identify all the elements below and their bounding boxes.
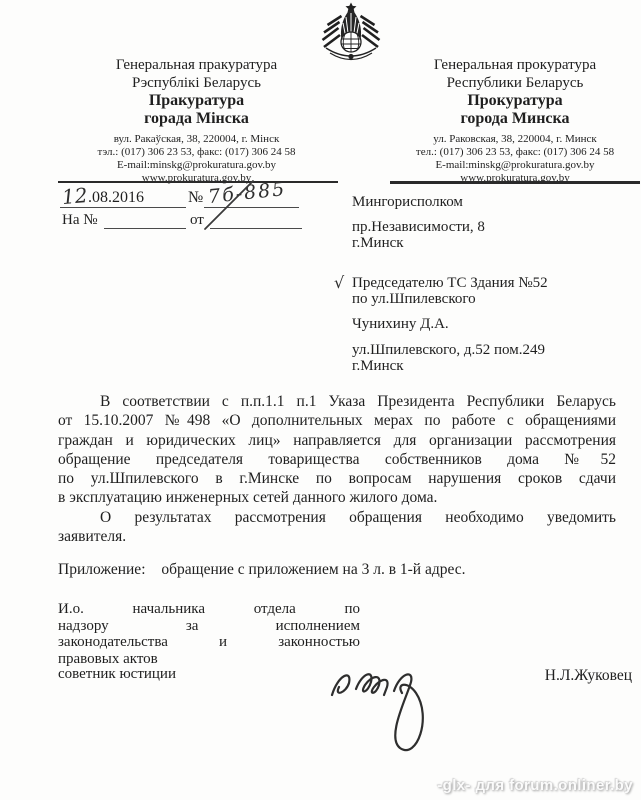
scanned-letter-page: Генеральная пракуратура Рэспублікі Белар… [0,0,641,800]
body-line: граждан и юридических лиц» направляется … [58,431,616,450]
letterhead-right: Генеральная прокуратура Республики Белар… [390,56,640,185]
office-name-ru-1: Прокуратура [390,92,640,110]
attachment-label: Приложение: [58,561,146,578]
position-line: законодательства и законностью [58,634,360,651]
letter-body: В соответствии с п.п.1.1 п.1 Указа Прези… [58,392,616,546]
recipient-org-address-street: пр.Независимости, 8 [352,219,548,235]
body-line: по ул.Шпилевского в г.Минске по вопросам… [58,469,616,488]
signer-position: И.о. начальника отдела по надзору за исп… [58,601,360,667]
letterhead-left: Генеральная пракуратура Рэспублікі Белар… [55,56,338,185]
org-name-ru-2: Республики Беларусь [390,74,640,92]
recipient-chairman-line1: Председателю ТС Здания №52 [352,275,548,291]
attachment-text: обращение с приложением на 3 л. в 1-й ад… [161,561,465,578]
body-line: обращение председателя товарищества собс… [58,450,616,469]
signer-rank: советник юстиции [58,666,176,683]
reply-to-number-label: На № [62,212,98,229]
position-line: правовых актов [58,651,360,668]
watermark: -glx- для forum.onliner.by [437,777,633,794]
recipient-chairman-line2: по ул.Шпилевского [352,291,548,307]
body-line: заявителя. [58,527,616,546]
body-line: от 15.10.2007 №498 «О дополнительных мер… [58,411,616,430]
email-by: E-mail:minskg@prokuratura.gov.by [55,159,338,172]
pen-stroke [193,179,263,238]
attachment-line: Приложение: обращение с приложением на 3… [58,561,466,579]
body-line: О результатах рассмотрения обращения нео… [58,508,616,527]
office-name-by-2: горада Мінска [55,110,338,128]
office-name-ru-2: города Минска [390,110,640,128]
recipient-block: Мингорисполком пр.Независимости, 8 г.Мин… [352,194,548,374]
date-printed: .08.2016 [88,189,144,207]
handwritten-checkmark: √ [334,273,344,292]
recipient-org-address-city: г.Минск [352,235,548,251]
recipient-org: Мингорисполком [352,194,548,210]
handwritten-signature [322,645,462,765]
address-ru: ул. Раковская, 38, 220004, г. Минск [390,133,640,146]
date-underline [60,207,186,208]
recipient-person-address-street: ул.Шпилевского, д.52 пом.249 [352,342,548,358]
address-by: вул. Ракаўская, 38, 220004, г. Мінск [55,133,338,146]
body-line: В соответствии с п.п.1.1 п.1 Указа Прези… [58,392,616,411]
letterhead-right-divider [390,181,640,184]
recipient-person-name: Чунихину Д.А. [352,316,548,332]
position-line: И.о. начальника отдела по [58,601,360,618]
body-line: в эксплуатацию инженерных сетей данного … [58,488,616,507]
org-name-ru-1: Генеральная прокуратура [390,56,640,74]
position-line: надзору за исполнением [58,618,360,635]
reply-number-underline [104,228,186,229]
org-name-by-2: Рэспублікі Беларусь [55,74,338,92]
office-name-by-1: Пракуратура [55,92,338,110]
org-name-by-1: Генеральная пракуратура [55,56,338,74]
recipient-person-address-city: г.Минск [352,358,548,374]
handwritten-date-day: 12 [61,183,88,209]
email-ru: E-mail:minskg@prokuratura.gov.by [390,159,640,172]
phone-ru: тел.: (017) 306 23 53, факс: (017) 306 2… [390,146,640,159]
phone-by: тэл.: (017) 306 23 53, факс: (017) 306 2… [55,146,338,159]
signer-name: Н.Л.Жуковец [520,667,632,685]
